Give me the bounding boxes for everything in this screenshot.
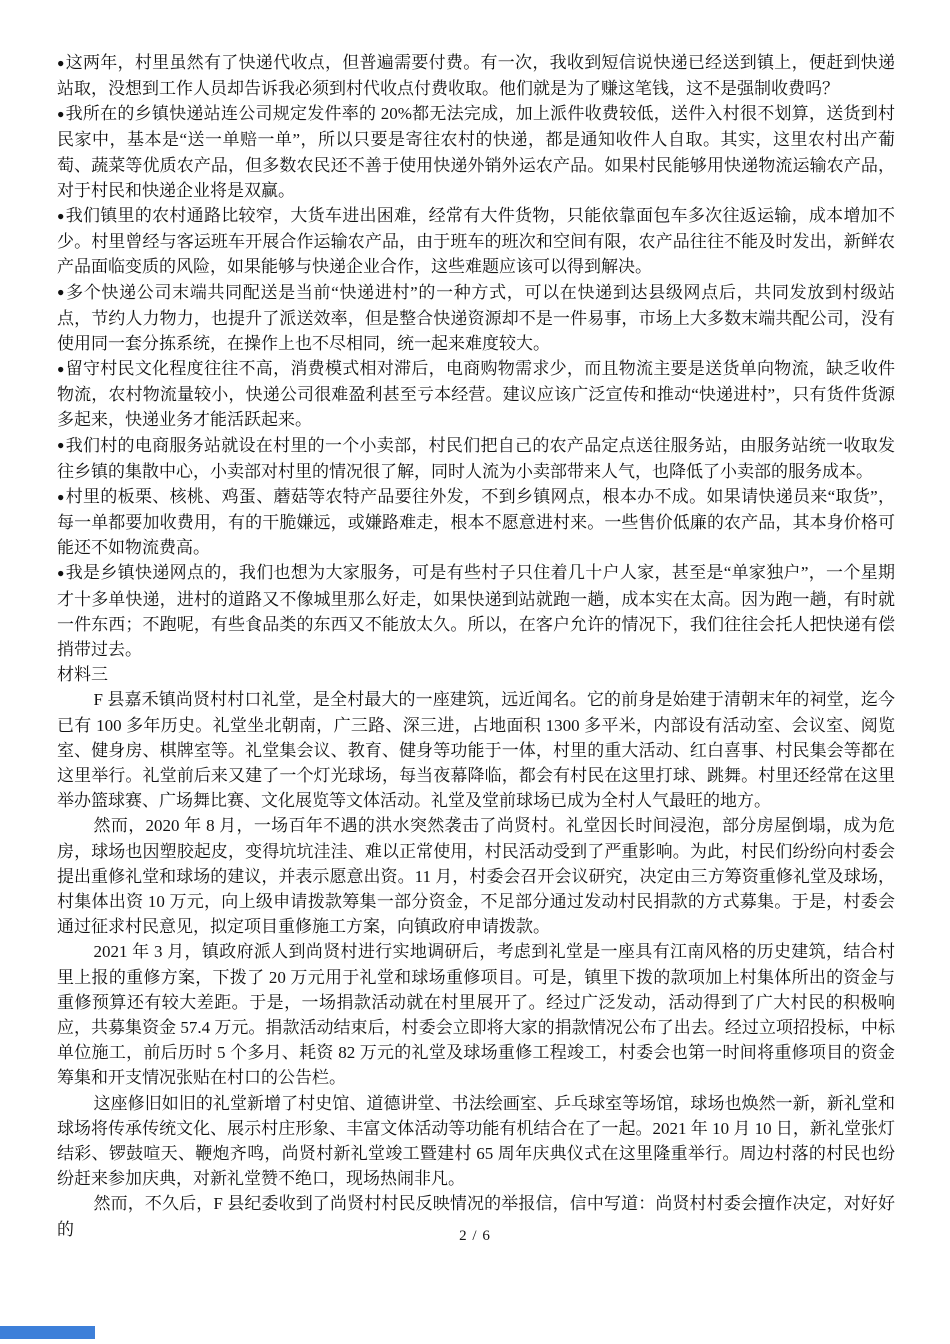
section-heading: 材料三: [57, 662, 895, 687]
paragraph: 然而，2020 年 8 月，一场百年不遇的洪水突然袭击了尚贤村。礼堂因长时间浸泡…: [57, 813, 895, 939]
paragraph: ●村里的板栗、核桃、鸡蛋、蘑菇等农特产品要往外发，不到乡镇网点，根本办不成。如果…: [57, 484, 895, 561]
bullet-icon: ●: [57, 566, 66, 580]
document-page: ●这两年，村里虽然有了快递代收点，但普遍需要付费。有一次，我收到短信说快递已经送…: [0, 0, 950, 1344]
paragraph: 这座修旧如旧的礼堂新增了村史馆、道德讲堂、书法绘画室、乒乓球室等场馆，球场也焕然…: [57, 1091, 895, 1192]
paragraph: ●留守村民文化程度往往不高，消费模式相对滞后，电商购物需求少，而且物流主要是送货…: [57, 356, 895, 433]
bottom-left-accent-bar: [0, 1326, 95, 1339]
paragraph: ●我所在的乡镇快递站连公司规定发件率的 20%都无法完成，加上派件收费较低，送件…: [57, 101, 895, 203]
bullet-icon: ●: [57, 107, 66, 121]
paragraph: ●我们镇里的农村通路比较窄，大货车进出困难，经常有大件货物，只能依靠面包车多次往…: [57, 203, 895, 280]
paragraph: ●这两年，村里虽然有了快递代收点，但普遍需要付费。有一次，我收到短信说快递已经送…: [57, 50, 895, 101]
paragraph-text: 多个快递公司末端共同配送是当前“快递进村”的一种方式，可以在快递到达县级网点后，…: [57, 283, 895, 353]
paragraph: 2021 年 3 月，镇政府派人到尚贤村进行实地调研后，考虑到礼堂是一座具有江南…: [57, 939, 895, 1090]
paragraph-text: 村里的板栗、核桃、鸡蛋、蘑菇等农特产品要往外发，不到乡镇网点，根本办不成。如果请…: [57, 487, 895, 557]
paragraph-text: 我们村的电商服务站就设在村里的一个小卖部，村民们把自己的农产品定点送往服务站，由…: [57, 436, 895, 481]
paragraph-text: 留守村民文化程度往往不高，消费模式相对滞后，电商购物需求少，而且物流主要是送货单…: [57, 359, 895, 429]
paragraph-text: 这两年，村里虽然有了快递代收点，但普遍需要付费。有一次，我收到短信说快递已经送到…: [57, 53, 895, 98]
page-number: 2 / 6: [0, 1228, 950, 1245]
paragraph: F 县嘉禾镇尚贤村村口礼堂，是全村最大的一座建筑，远近闻名。它的前身是始建于清朝…: [57, 687, 895, 813]
paragraph-text: 我们镇里的农村通路比较窄，大货车进出困难，经常有大件货物，只能依靠面包车多次往返…: [57, 206, 895, 276]
bullet-icon: ●: [57, 362, 66, 376]
bullet-icon: ●: [57, 209, 66, 223]
paragraph-text: 我所在的乡镇快递站连公司规定发件率的 20%都无法完成，加上派件收费较低，送件入…: [57, 104, 895, 200]
bullet-icon: ●: [57, 285, 66, 299]
paragraph: ●多个快递公司末端共同配送是当前“快递进村”的一种方式，可以在快递到达县级网点后…: [57, 280, 895, 357]
bullet-icon: ●: [57, 56, 66, 70]
paragraph: ●我是乡镇快递网点的，我们也想为大家服务，可是有些村子只住着几十户人家，甚至是“…: [57, 560, 895, 662]
document-body: ●这两年，村里虽然有了快递代收点，但普遍需要付费。有一次，我收到短信说快递已经送…: [57, 50, 895, 1242]
bullet-icon: ●: [57, 490, 66, 504]
bullet-icon: ●: [57, 438, 66, 452]
paragraph: ●我们村的电商服务站就设在村里的一个小卖部，村民们把自己的农产品定点送往服务站，…: [57, 433, 895, 484]
paragraph-text: 我是乡镇快递网点的，我们也想为大家服务，可是有些村子只住着几十户人家，甚至是“单…: [57, 563, 895, 659]
